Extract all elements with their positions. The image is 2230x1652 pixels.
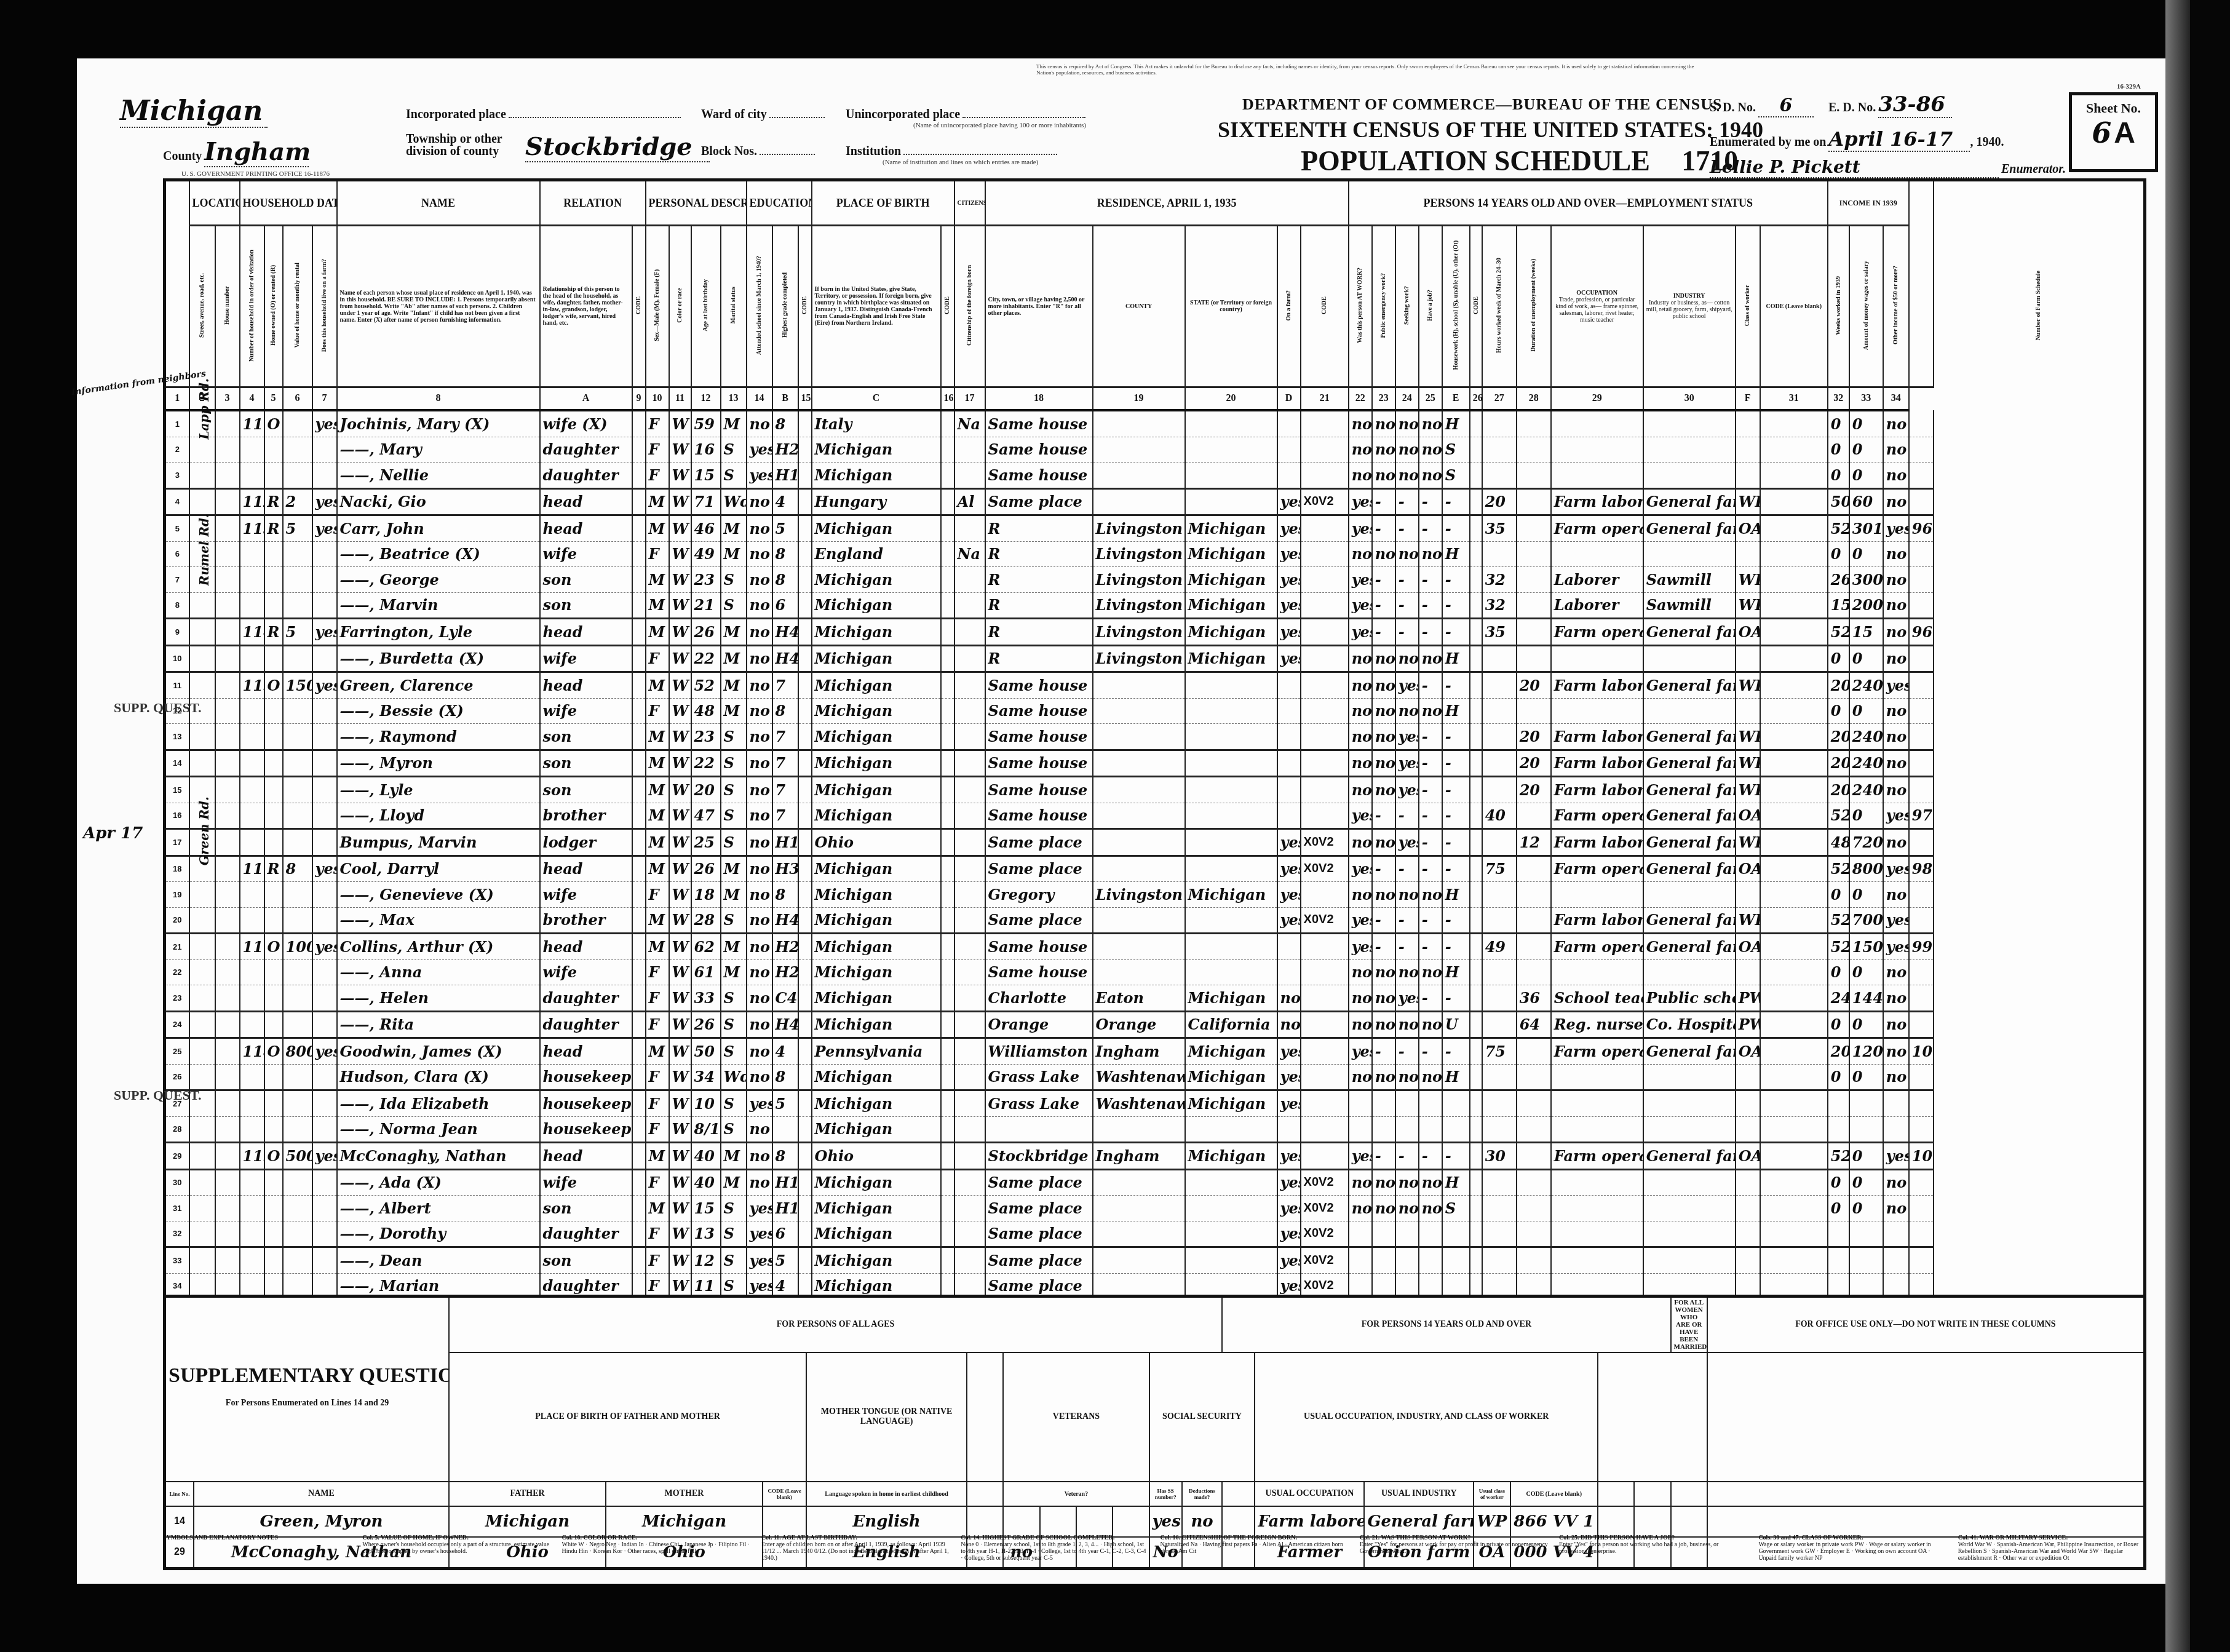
code-cell bbox=[1470, 645, 1482, 672]
table-row: 19——, Genevieve (X)wifeFW18Mno8MichiganG… bbox=[165, 882, 2145, 908]
cell-relation: daughter bbox=[540, 437, 632, 463]
supp-cell-line: 14 bbox=[165, 1506, 194, 1537]
value-header: Value of home or monthly rental bbox=[283, 226, 312, 387]
code-cell bbox=[798, 1247, 812, 1274]
cell-birthplace: Michigan bbox=[812, 463, 941, 489]
cell-school: no bbox=[747, 1011, 772, 1038]
cell-value: 8 bbox=[283, 856, 312, 882]
code-cell bbox=[1760, 856, 1828, 882]
cell-code-d bbox=[1301, 1143, 1349, 1170]
cell-race: W bbox=[669, 645, 691, 672]
cell-age: 52 bbox=[691, 672, 721, 699]
cell-occupation bbox=[1551, 1247, 1643, 1274]
line-number: 22 bbox=[165, 959, 189, 985]
cell-industry: General farm bbox=[1643, 750, 1736, 777]
line-number: 29 bbox=[165, 1143, 189, 1170]
cell-value bbox=[283, 724, 312, 750]
cell-owned bbox=[264, 592, 283, 619]
cell-school: no bbox=[747, 959, 772, 985]
code-cell bbox=[798, 592, 812, 619]
column-number: 15 bbox=[798, 387, 812, 411]
cell-occupation: Reg. nurse bbox=[1551, 1011, 1643, 1038]
cell-industry: General farm bbox=[1643, 515, 1736, 542]
cell-name: ——, Rita bbox=[337, 1011, 540, 1038]
cell-relation: housekeeper bbox=[540, 1064, 632, 1090]
cell-house bbox=[240, 959, 264, 985]
code-cell bbox=[1760, 410, 1828, 437]
cell-cls: OA bbox=[1736, 515, 1760, 542]
supp-ss-extra bbox=[1222, 1482, 1255, 1506]
supp-marker-line-29: SUPP. QUEST. bbox=[114, 1092, 201, 1099]
cell-code-d: X0V2 bbox=[1301, 829, 1349, 856]
res-code-header: CODE bbox=[1301, 226, 1349, 387]
cell-citizenship bbox=[954, 907, 985, 934]
cell-income: 15 bbox=[1849, 619, 1883, 646]
cell-birthplace: Michigan bbox=[812, 907, 941, 934]
cell-res-state: Michigan bbox=[1185, 645, 1277, 672]
cell-cls bbox=[1736, 437, 1760, 463]
cell-farm-sched bbox=[1909, 437, 1934, 463]
supp-women-1 bbox=[1598, 1482, 1634, 1506]
code-cell bbox=[1760, 829, 1828, 856]
cell-owned bbox=[264, 907, 283, 934]
cell-work: no bbox=[1349, 463, 1372, 489]
cell-industry: General farm bbox=[1643, 1143, 1736, 1170]
cell-job: no bbox=[1419, 1169, 1442, 1196]
sheet-number: 6 bbox=[2092, 116, 2111, 149]
sd-number: 6 bbox=[1758, 95, 1814, 117]
cell-res-state: Michigan bbox=[1185, 541, 1277, 567]
cell-weeks-unemp bbox=[1517, 410, 1551, 437]
code-cell bbox=[798, 907, 812, 934]
cell-code-d: X0V2 bbox=[1301, 856, 1349, 882]
cell-marital: S bbox=[721, 724, 747, 750]
cell-res-city: R bbox=[985, 592, 1093, 619]
cell-street bbox=[189, 672, 215, 699]
cell-industry: Sawmill bbox=[1643, 592, 1736, 619]
mother-tongue-header: MOTHER TONGUE (OR NATIVE LANGUAGE) bbox=[806, 1352, 967, 1482]
census-title: SIXTEENTH CENSUS OF THE UNITED STATES: 1… bbox=[1218, 117, 1763, 143]
supp-usual-industry-header: USUAL INDUSTRY bbox=[1364, 1482, 1474, 1506]
cell-weeks-unemp bbox=[1517, 515, 1551, 542]
supplementary-title: SUPPLEMENTARY QUESTIONSFor Persons Enume… bbox=[165, 1297, 450, 1482]
code-cell bbox=[798, 437, 812, 463]
cell-res-state: Michigan bbox=[1185, 1038, 1277, 1065]
cell-birthplace: Michigan bbox=[812, 750, 941, 777]
cell-res-city: Same place bbox=[985, 1221, 1093, 1247]
cell-sex: M bbox=[646, 672, 669, 699]
cell-job: - bbox=[1419, 907, 1442, 934]
cell-occupation bbox=[1551, 437, 1643, 463]
supp-name-header: NAME bbox=[194, 1482, 449, 1506]
cell-res-city: R bbox=[985, 645, 1093, 672]
cell-other-income: no bbox=[1883, 985, 1909, 1012]
cell-hours bbox=[1482, 672, 1517, 699]
cell-res-city: Same place bbox=[985, 1169, 1093, 1196]
cell-code-d bbox=[1301, 463, 1349, 489]
code-cell bbox=[1760, 750, 1828, 777]
supp-cell-father: Michigan bbox=[449, 1506, 606, 1537]
cell-work bbox=[1349, 1116, 1372, 1143]
cell-age: 13 bbox=[691, 1221, 721, 1247]
cell-race: W bbox=[669, 1011, 691, 1038]
code-cell bbox=[215, 724, 240, 750]
cell-weeks-unemp bbox=[1517, 1116, 1551, 1143]
code-cell bbox=[1760, 698, 1828, 724]
cell-value bbox=[283, 1169, 312, 1196]
explanatory-note: Col. 41. WAR OR MILITARY SERVICE:World W… bbox=[1958, 1535, 2146, 1584]
cell-hours: 20 bbox=[1482, 488, 1517, 515]
cell-other-income: no bbox=[1883, 463, 1909, 489]
code-cell bbox=[798, 829, 812, 856]
cell-work: yes bbox=[1349, 856, 1372, 882]
cell-job: no bbox=[1419, 1011, 1442, 1038]
cell-weeks: 0 bbox=[1828, 959, 1849, 985]
cell-school: no bbox=[747, 698, 772, 724]
form-code: 16-329A bbox=[2117, 83, 2141, 90]
code-cell bbox=[632, 698, 646, 724]
cell-res-city: Same house bbox=[985, 934, 1093, 960]
cell-res-state bbox=[1185, 1196, 1277, 1221]
cell-occupation bbox=[1551, 1090, 1643, 1117]
column-number: 22 bbox=[1349, 387, 1372, 411]
cell-res-county bbox=[1093, 463, 1185, 489]
cell-res-city: Orange bbox=[985, 1011, 1093, 1038]
cell-street bbox=[189, 959, 215, 985]
cell-occupation bbox=[1551, 1064, 1643, 1090]
cell-weeks-unemp bbox=[1517, 645, 1551, 672]
code-cell bbox=[798, 1169, 812, 1196]
cell-emerg bbox=[1372, 1090, 1395, 1117]
cell-age: 62 bbox=[691, 934, 721, 960]
cell-house bbox=[240, 907, 264, 934]
cell-owned: O bbox=[264, 934, 283, 960]
cell-street bbox=[189, 724, 215, 750]
column-number: 13 bbox=[721, 387, 747, 411]
age-header: Age at last birthday bbox=[691, 226, 721, 387]
cell-cls bbox=[1736, 1221, 1760, 1247]
code-cell bbox=[941, 829, 954, 856]
line-number: 24 bbox=[165, 1011, 189, 1038]
table-row: 24——, RitadaughterFW26SnoH4MichiganOrang… bbox=[165, 1011, 2145, 1038]
cell-res-county bbox=[1093, 488, 1185, 515]
line-number: 3 bbox=[165, 463, 189, 489]
cell-res-state bbox=[1185, 410, 1277, 437]
cell-birthplace: Italy bbox=[812, 410, 941, 437]
cell-grade: 6 bbox=[772, 1221, 798, 1247]
cell-occupation: Farm operator bbox=[1551, 856, 1643, 882]
code-cell bbox=[215, 750, 240, 777]
cell-street bbox=[189, 1169, 215, 1196]
cell-job: - bbox=[1419, 777, 1442, 803]
supp-language-header: Language spoken in home in earliest chil… bbox=[806, 1482, 967, 1506]
cell-race: W bbox=[669, 1038, 691, 1065]
cell-value bbox=[283, 410, 312, 437]
cell-farm-sched bbox=[1909, 567, 1934, 593]
code-cell bbox=[632, 856, 646, 882]
cell-weeks: 0 bbox=[1828, 698, 1849, 724]
supp-cell-usual-occupation: Farm laborer bbox=[1255, 1506, 1364, 1537]
cell-work: yes bbox=[1349, 592, 1372, 619]
supplementary-questions-table: SUPPLEMENTARY QUESTIONSFor Persons Enume… bbox=[163, 1295, 2146, 1570]
cell-weeks: 0 bbox=[1828, 1169, 1849, 1196]
code-cell bbox=[941, 934, 954, 960]
cell-industry: General farm bbox=[1643, 777, 1736, 803]
cell-cls: WP bbox=[1736, 777, 1760, 803]
code-cell bbox=[798, 1090, 812, 1117]
cell-emerg: no bbox=[1372, 463, 1395, 489]
film-border-right bbox=[2165, 0, 2230, 1652]
women-cols-header bbox=[1598, 1352, 1707, 1482]
cell-farm bbox=[312, 959, 337, 985]
cell-code-d bbox=[1301, 1090, 1349, 1117]
cell-school: no bbox=[747, 410, 772, 437]
cell-owned bbox=[264, 645, 283, 672]
cell-industry bbox=[1643, 698, 1736, 724]
cell-work: no bbox=[1349, 1196, 1372, 1221]
cell-house bbox=[240, 1169, 264, 1196]
code-cell bbox=[1760, 567, 1828, 593]
code-cell bbox=[798, 856, 812, 882]
table-row: 11115O1500yesGreen, ClarenceheadMW52Mno7… bbox=[165, 672, 2145, 699]
cell-seeking bbox=[1395, 1116, 1419, 1143]
code-cell bbox=[632, 777, 646, 803]
cell-income: 120 bbox=[1849, 1038, 1883, 1065]
code-cell bbox=[215, 1090, 240, 1117]
cell-name: ——, Myron bbox=[337, 750, 540, 777]
cell-farm: yes bbox=[312, 934, 337, 960]
cell-industry: Co. Hospital bbox=[1643, 1011, 1736, 1038]
cell-job: - bbox=[1419, 934, 1442, 960]
code-cell bbox=[1470, 1247, 1482, 1274]
code-cell bbox=[632, 1011, 646, 1038]
cell-activity: - bbox=[1442, 856, 1470, 882]
cell-relation: son bbox=[540, 1247, 632, 1274]
wages-header: Amount of money wages or salary bbox=[1849, 226, 1883, 387]
cell-sex: F bbox=[646, 1247, 669, 1274]
cell-emerg: - bbox=[1372, 515, 1395, 542]
cell-owned bbox=[264, 463, 283, 489]
cell-occupation: Farm operator bbox=[1551, 619, 1643, 646]
code-cell bbox=[215, 882, 240, 908]
cell-res-city: Same house bbox=[985, 959, 1093, 985]
code-cell bbox=[215, 934, 240, 960]
cell-marital: S bbox=[721, 1221, 747, 1247]
supp-line-header: Line No. bbox=[165, 1482, 194, 1506]
code-cell bbox=[1760, 777, 1828, 803]
cell-farm-sched bbox=[1909, 985, 1934, 1012]
cell-grade: 5 bbox=[772, 515, 798, 542]
cell-race: W bbox=[669, 592, 691, 619]
table-row: 4112R2yesNacki, GioheadMW71Wdno4HungaryA… bbox=[165, 488, 2145, 515]
cell-weeks-unemp bbox=[1517, 592, 1551, 619]
cell-marital: S bbox=[721, 1090, 747, 1117]
cell-age: 28 bbox=[691, 907, 721, 934]
cell-cls: WP bbox=[1736, 750, 1760, 777]
cell-seeking: no bbox=[1395, 463, 1419, 489]
cell-res-state bbox=[1185, 437, 1277, 463]
cell-weeks: 26 bbox=[1828, 567, 1849, 593]
cell-income: 0 bbox=[1849, 803, 1883, 829]
cell-work: yes bbox=[1349, 1143, 1372, 1170]
cell-other-income: no bbox=[1883, 410, 1909, 437]
cell-cls: OA bbox=[1736, 856, 1760, 882]
confidentiality-note: This census is required by Act of Congre… bbox=[1036, 63, 1713, 76]
cell-street bbox=[189, 1247, 215, 1274]
cell-weeks-unemp: 20 bbox=[1517, 724, 1551, 750]
institution-field bbox=[903, 154, 1057, 155]
household-group-header: HOUSEHOLD DATA bbox=[240, 180, 337, 226]
blank-cell bbox=[1076, 1506, 1113, 1537]
cell-farm bbox=[312, 724, 337, 750]
code-cell bbox=[1760, 985, 1828, 1012]
cell-birthplace: England bbox=[812, 541, 941, 567]
cell-age: 48 bbox=[691, 698, 721, 724]
cell-other-income: no bbox=[1883, 1064, 1909, 1090]
film-border-bottom bbox=[0, 1584, 2230, 1652]
cell-code-d bbox=[1301, 959, 1349, 985]
code-cell bbox=[632, 1064, 646, 1090]
cell-other-income: yes bbox=[1883, 907, 1909, 934]
cell-sex: M bbox=[646, 567, 669, 593]
cell-owned: O bbox=[264, 410, 283, 437]
cell-school: no bbox=[747, 750, 772, 777]
cell-citizenship bbox=[954, 856, 985, 882]
cell-industry bbox=[1643, 1247, 1736, 1274]
cell-name: ——, Helen bbox=[337, 985, 540, 1012]
cell-citizenship bbox=[954, 619, 985, 646]
emergency-work-header: Public emergency work? bbox=[1372, 226, 1395, 387]
code-cell bbox=[1760, 882, 1828, 908]
cell-emerg bbox=[1372, 1116, 1395, 1143]
cell-value: 1500 bbox=[283, 672, 312, 699]
cell-relation: son bbox=[540, 724, 632, 750]
table-row: 17Bumpus, MarvinlodgerMW25SnoH1OhioSame … bbox=[165, 829, 2145, 856]
cell-marital: S bbox=[721, 567, 747, 593]
cell-birthplace: Hungary bbox=[812, 488, 941, 515]
cell-birthplace: Michigan bbox=[812, 856, 941, 882]
cell-res-city: Same house bbox=[985, 410, 1093, 437]
cell-seeking bbox=[1395, 1090, 1419, 1117]
cell-res-city: Williamston bbox=[985, 1038, 1093, 1065]
cell-occupation: Farm laborer bbox=[1551, 488, 1643, 515]
cell-weeks bbox=[1828, 1090, 1849, 1117]
code-cell bbox=[1760, 1169, 1828, 1196]
cell-citizenship bbox=[954, 1064, 985, 1090]
code-cell bbox=[798, 645, 812, 672]
cell-emerg: no bbox=[1372, 672, 1395, 699]
cell-res-farm: yes bbox=[1277, 1196, 1301, 1221]
supp-usual-code-header: CODE (Leave blank) bbox=[1510, 1482, 1598, 1506]
blank-cell bbox=[1040, 1506, 1076, 1537]
cell-birthplace: Michigan bbox=[812, 437, 941, 463]
code-cell bbox=[1470, 698, 1482, 724]
cell-income: 150 bbox=[1849, 934, 1883, 960]
cell-industry: Sawmill bbox=[1643, 567, 1736, 593]
street-note-lapp: Lapp Rd. bbox=[197, 378, 212, 440]
cell-seeking: no bbox=[1395, 959, 1419, 985]
code-cell bbox=[798, 672, 812, 699]
code-cell bbox=[941, 410, 954, 437]
cell-cls bbox=[1736, 1196, 1760, 1221]
cell-value bbox=[283, 1011, 312, 1038]
column-number: 12 bbox=[691, 387, 721, 411]
table-row: 32——, DorothydaughterFW13Syes6MichiganSa… bbox=[165, 1221, 2145, 1247]
cell-marital: Wd bbox=[721, 488, 747, 515]
cell-res-county: Eaton bbox=[1093, 985, 1185, 1012]
cell-street bbox=[189, 1038, 215, 1065]
cell-income: 60 bbox=[1849, 488, 1883, 515]
cell-sex: F bbox=[646, 1064, 669, 1090]
cell-relation: lodger bbox=[540, 829, 632, 856]
cell-code-d bbox=[1301, 803, 1349, 829]
cell-weeks: 52 bbox=[1828, 515, 1849, 542]
cell-farm-sched bbox=[1909, 777, 1934, 803]
cell-sex: F bbox=[646, 645, 669, 672]
table-row: 2——, MarydaughterFW16SyesH2MichiganSame … bbox=[165, 437, 2145, 463]
supp-cell-ss-deductions: no bbox=[1182, 1506, 1222, 1537]
cell-code-d: X0V2 bbox=[1301, 1247, 1349, 1274]
cell-seeking: - bbox=[1395, 515, 1419, 542]
cell-industry bbox=[1643, 959, 1736, 985]
cell-emerg bbox=[1372, 1221, 1395, 1247]
code-cell bbox=[215, 1038, 240, 1065]
cell-grade: 8 bbox=[772, 1143, 798, 1170]
code-cell bbox=[941, 959, 954, 985]
cell-activity: S bbox=[1442, 463, 1470, 489]
cell-value: 500 bbox=[283, 1143, 312, 1170]
cell-hours: 40 bbox=[1482, 803, 1517, 829]
table-row: 15——, LylesonMW20Sno7MichiganSame housen… bbox=[165, 777, 2145, 803]
cell-marital: S bbox=[721, 829, 747, 856]
cell-hours: 35 bbox=[1482, 619, 1517, 646]
sex-header: Sex—Male (M), Female (F) bbox=[646, 226, 669, 387]
supp-cell-code bbox=[763, 1506, 806, 1537]
cell-seeking: no bbox=[1395, 645, 1419, 672]
cell-hours bbox=[1482, 750, 1517, 777]
cell-weeks-unemp bbox=[1517, 1064, 1551, 1090]
cell-name: ——, Bessie (X) bbox=[337, 698, 540, 724]
table-row: 26Hudson, Clara (X)housekeeperFW34Wdno8M… bbox=[165, 1064, 2145, 1090]
sheet-number-box: Sheet No. 6 A bbox=[2069, 92, 2158, 172]
cell-job: no bbox=[1419, 1196, 1442, 1221]
cell-other-income bbox=[1883, 1116, 1909, 1143]
cell-res-county bbox=[1093, 698, 1185, 724]
cell-seeking: yes bbox=[1395, 985, 1419, 1012]
cell-weeks-unemp bbox=[1517, 567, 1551, 593]
lang-code-header bbox=[967, 1352, 1003, 1482]
cell-res-farm bbox=[1277, 959, 1301, 985]
cell-farm-sched: 97 bbox=[1909, 803, 1934, 829]
cell-house bbox=[240, 1090, 264, 1117]
cell-name: ——, Lyle bbox=[337, 777, 540, 803]
cell-grade: 4 bbox=[772, 1038, 798, 1065]
cell-farm: yes bbox=[312, 1038, 337, 1065]
line-number: 15 bbox=[165, 777, 189, 803]
code-cell bbox=[1760, 1143, 1828, 1170]
note-text: None 0 · Elementary school, 1st to 8th g… bbox=[961, 1541, 1149, 1562]
column-number: 20 bbox=[1185, 387, 1277, 411]
cell-activity: - bbox=[1442, 592, 1470, 619]
sheet-label: Sheet No. bbox=[2072, 100, 2155, 116]
cell-work: no bbox=[1349, 777, 1372, 803]
cell-res-state bbox=[1185, 698, 1277, 724]
weeks-worked-header: Weeks worked in 1939 bbox=[1828, 226, 1849, 387]
cell-hours bbox=[1482, 437, 1517, 463]
cell-emerg: - bbox=[1372, 567, 1395, 593]
cell-farm-sched bbox=[1909, 1169, 1934, 1196]
cell-income: 240 bbox=[1849, 724, 1883, 750]
